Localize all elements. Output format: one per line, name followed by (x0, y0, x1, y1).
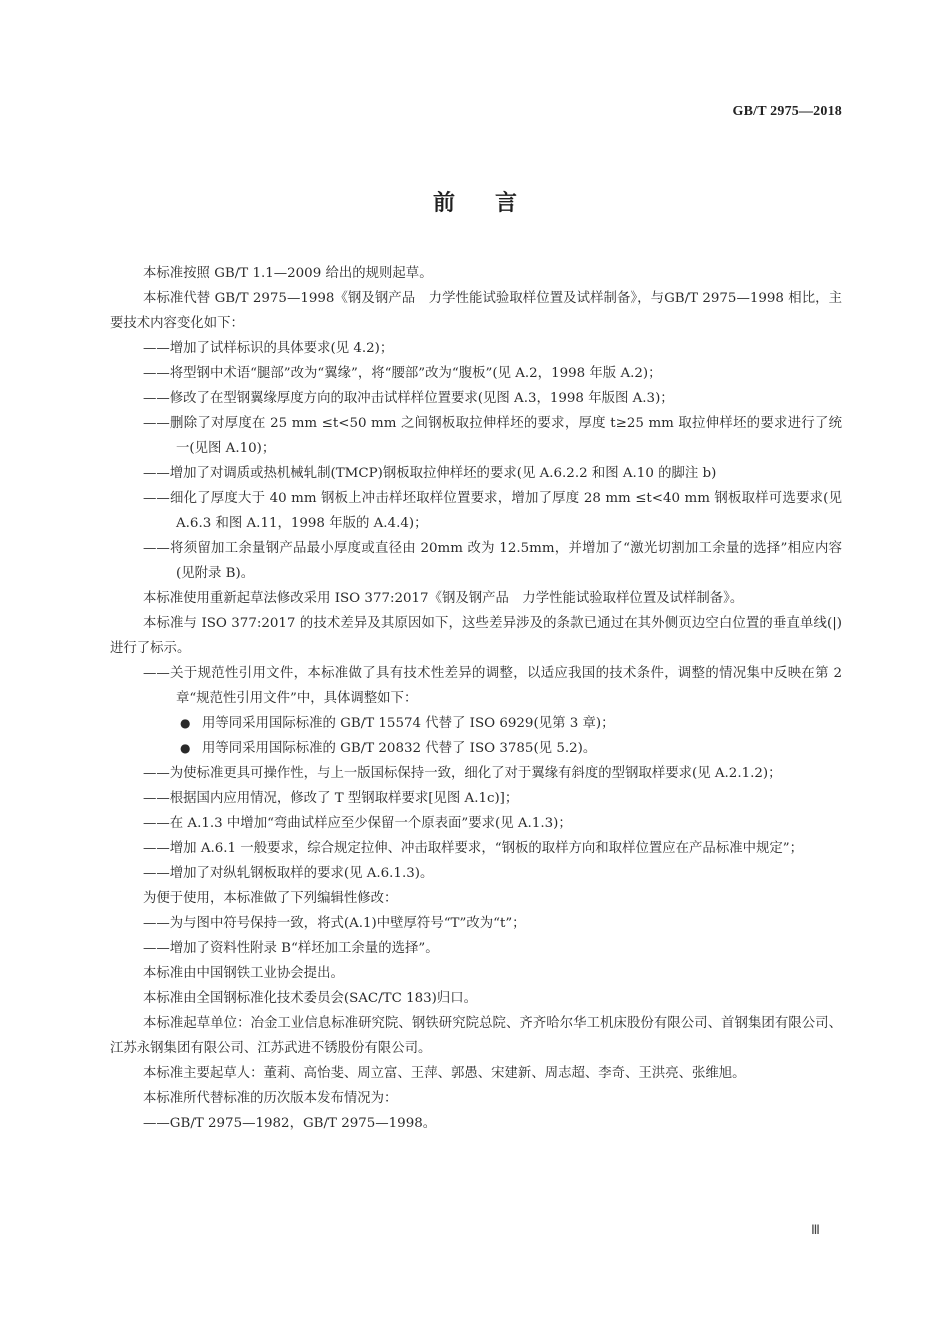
paragraph: 本标准所代替标准的历次版本发布情况为： (110, 1086, 842, 1111)
dash-item-text: 为使标准更具可操作性，与上一版国标保持一致，细化了对于翼缘有斜度的型钢取样要求(… (170, 766, 782, 781)
dash-item-text: 增加了对调质或热机械轧制(TMCP)钢板取拉伸样坯的要求(见 A.6.2.2 和… (170, 466, 717, 481)
dash-item-text: 增加了试样标识的具体要求(见 4.2)； (170, 341, 393, 356)
dash-marker: —— (143, 866, 170, 881)
dash-marker: —— (143, 791, 170, 806)
dash-item: ——修改了在型钢翼缘厚度方向的取冲击试样样位置要求(见图 A.3，1998 年版… (110, 386, 842, 411)
dash-item: ——在 A.1.3 中增加“弯曲试样应至少保留一个原表面”要求(见 A.1.3)… (110, 811, 842, 836)
dash-item: ——为与图中符号保持一致，将式(A.1)中壁厚符号“T”改为“t”； (110, 911, 842, 936)
dash-marker: —— (143, 466, 170, 481)
dash-marker: —— (143, 366, 170, 381)
document-page: GB/T 2975—2018 前言 本标准按照 GB/T 1.1—2009 给出… (0, 0, 950, 1344)
dash-item-text: 细化了厚度大于 40 mm 钢板上冲击样坯取样位置要求，增加了厚度 28 mm … (170, 491, 842, 531)
dash-item: ——增加了对调质或热机械轧制(TMCP)钢板取拉伸样坯的要求(见 A.6.2.2… (110, 461, 842, 486)
dash-marker: —— (143, 666, 170, 681)
dash-item: ——根据国内应用情况，修改了 T 型钢取样要求[见图 A.1c)]； (110, 786, 842, 811)
dash-marker: —— (143, 841, 170, 856)
standard-code: GB/T 2975—2018 (732, 104, 842, 120)
dash-item-text: 关于规范性引用文件，本标准做了具有技术性差异的调整，以适应我国的技术条件，调整的… (170, 666, 842, 706)
bullet-item-text: 用等同采用国际标准的 GB/T 15574 代替了 ISO 6929(见第 3 … (202, 716, 615, 731)
dash-item-text: GB/T 2975—1982，GB/T 2975—1998。 (170, 1116, 436, 1131)
paragraph: 为便于使用，本标准做了下列编辑性修改： (110, 886, 842, 911)
dash-marker: —— (143, 1116, 170, 1131)
dash-marker: —— (143, 541, 170, 556)
dash-item: ——增加了对纵轧钢板取样的要求(见 A.6.1.3)。 (110, 861, 842, 886)
dash-marker: —— (143, 391, 170, 406)
dash-item-text: 增加了对纵轧钢板取样的要求(见 A.6.1.3)。 (170, 866, 434, 881)
dash-item: ——细化了厚度大于 40 mm 钢板上冲击样坯取样位置要求，增加了厚度 28 m… (110, 486, 842, 536)
paragraph: 本标准主要起草人：董莉、高怡斐、周立富、王萍、郭愚、宋建新、周志超、李奇、王洪亮… (110, 1061, 842, 1086)
dash-item-text: 在 A.1.3 中增加“弯曲试样应至少保留一个原表面”要求(见 A.1.3)； (170, 816, 572, 831)
paragraph: 本标准使用重新起草法修改采用 ISO 377:2017《钢及钢产品 力学性能试验… (110, 586, 842, 611)
dash-item-text: 修改了在型钢翼缘厚度方向的取冲击试样样位置要求(见图 A.3，1998 年版图 … (170, 391, 674, 406)
dash-item: ——将须留加工余量钢产品最小厚度或直径由 20mm 改为 12.5mm，并增加了… (110, 536, 842, 586)
dash-marker: —— (143, 941, 170, 956)
bullet-icon: ● (180, 711, 190, 736)
bullet-icon: ● (180, 736, 190, 761)
bullet-item-text: 用等同采用国际标准的 GB/T 20832 代替了 ISO 3785(见 5.2… (202, 741, 596, 756)
page-number: Ⅲ (811, 1222, 820, 1238)
dash-item-text: 将型钢中术语“腿部”改为“翼缘”，将“腰部”改为“腹板”(见 A.2，1998 … (170, 366, 662, 381)
dash-item-text: 增加了资料性附录 B“样坯加工余量的选择”。 (170, 941, 439, 956)
dash-item: ——关于规范性引用文件，本标准做了具有技术性差异的调整，以适应我国的技术条件，调… (110, 661, 842, 711)
foreword-body: 本标准按照 GB/T 1.1—2009 给出的规则起草。 本标准代替 GB/T … (110, 261, 842, 1136)
dash-item: ——删除了对厚度在 25 mm ≤t<50 mm 之间钢板取拉伸样坯的要求，厚度… (110, 411, 842, 461)
dash-item-text: 将须留加工余量钢产品最小厚度或直径由 20mm 改为 12.5mm，并增加了“激… (170, 541, 842, 581)
dash-marker: —— (143, 766, 170, 781)
dash-item: ——增加了资料性附录 B“样坯加工余量的选择”。 (110, 936, 842, 961)
dash-item: ——为使标准更具可操作性，与上一版国标保持一致，细化了对于翼缘有斜度的型钢取样要… (110, 761, 842, 786)
dash-item: ——增加 A.6.1 一般要求，综合规定拉伸、冲击取样要求，“钢板的取样方向和取… (110, 836, 842, 861)
dash-item: ——增加了试样标识的具体要求(见 4.2)； (110, 336, 842, 361)
page-title: 前言 (0, 186, 950, 217)
bullet-item: ●用等同采用国际标准的 GB/T 15574 代替了 ISO 6929(见第 3… (110, 711, 842, 736)
dash-marker: —— (143, 341, 170, 356)
paragraph: 本标准代替 GB/T 2975—1998《钢及钢产品 力学性能试验取样位置及试样… (110, 286, 842, 336)
paragraph: 本标准按照 GB/T 1.1—2009 给出的规则起草。 (110, 261, 842, 286)
dash-marker: —— (143, 816, 170, 831)
dash-marker: —— (143, 491, 170, 506)
dash-item-text: 根据国内应用情况，修改了 T 型钢取样要求[见图 A.1c)]； (170, 791, 519, 806)
dash-marker: —— (143, 916, 170, 931)
paragraph: 本标准起草单位：冶金工业信息标准研究院、钢铁研究院总院、齐齐哈尔华工机床股份有限… (110, 1011, 842, 1061)
dash-item-text: 增加 A.6.1 一般要求，综合规定拉伸、冲击取样要求，“钢板的取样方向和取样位… (170, 841, 803, 856)
dash-item-text: 删除了对厚度在 25 mm ≤t<50 mm 之间钢板取拉伸样坯的要求，厚度 t… (170, 416, 842, 456)
dash-marker: —— (143, 416, 170, 431)
dash-item-text: 为与图中符号保持一致，将式(A.1)中壁厚符号“T”改为“t”； (170, 916, 526, 931)
bullet-item: ●用等同采用国际标准的 GB/T 20832 代替了 ISO 3785(见 5.… (110, 736, 842, 761)
paragraph: 本标准由中国钢铁工业协会提出。 (110, 961, 842, 986)
paragraph: 本标准与 ISO 377:2017 的技术差异及其原因如下，这些差异涉及的条款已… (110, 611, 842, 661)
dash-item: ——将型钢中术语“腿部”改为“翼缘”，将“腰部”改为“腹板”(见 A.2，199… (110, 361, 842, 386)
paragraph: 本标准由全国钢标准化技术委员会(SAC/TC 183)归口。 (110, 986, 842, 1011)
dash-item: ——GB/T 2975—1982，GB/T 2975—1998。 (110, 1111, 842, 1136)
